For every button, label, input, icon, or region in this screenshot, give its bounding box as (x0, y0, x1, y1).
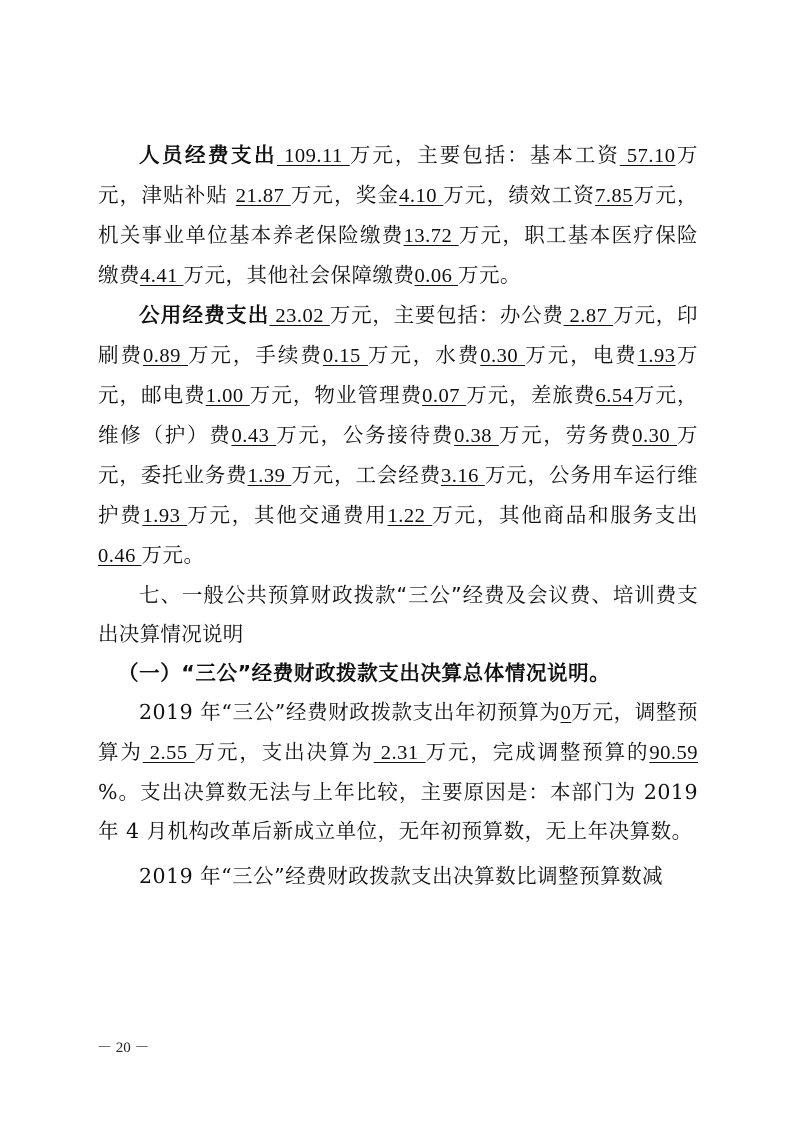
personnel-total: 109.11 (277, 145, 350, 167)
bonus-value: 4.10 (399, 185, 443, 207)
personnel-expense-paragraph: 人员经费支出 109.11 万元，主要包括：基本工资 57.10万元，津贴补贴 … (98, 136, 698, 296)
labor-value: 0.30 (632, 425, 677, 447)
travel-value: 6.54 (595, 385, 633, 407)
adjusted-budget-value: 2.55 (143, 742, 195, 764)
other-social-value: 0.06 (415, 265, 459, 287)
property-value: 0.07 (422, 385, 466, 407)
printing-value: 0.89 (143, 345, 188, 367)
water-value: 0.30 (480, 345, 525, 367)
other-goods-value: 0.46 (98, 545, 142, 567)
page-number: － 20 － (97, 1036, 150, 1057)
public-expense-title: 公用经费支出 (139, 303, 270, 327)
office-value: 2.87 (564, 305, 614, 327)
reception-value: 0.38 (454, 425, 499, 447)
maintenance-value: 0.43 (231, 425, 276, 447)
document-page: 人员经费支出 109.11 万元，主要包括：基本工资 57.10万元，津贴补贴 … (98, 136, 698, 896)
electricity-value: 1.93 (638, 345, 676, 367)
comparison-paragraph: 2019 年“三公”经费财政拨款支出决算数比调整预算数减 (98, 857, 698, 896)
other-transport-value: 1.22 (388, 505, 433, 527)
section-heading: 七、一般公共预算财政拨款“三公”经费及会议费、培训费支出决算情况说明 (98, 576, 698, 654)
medical-value: 4.41 (140, 265, 184, 287)
initial-budget-value: 0 (561, 702, 572, 724)
commission-value: 1.39 (248, 465, 292, 487)
fees-value: 0.15 (323, 345, 368, 367)
three-public-summary-paragraph: 2019 年“三公”经费财政拨款支出年初预算为0万元，调整预算为 2.55 万元… (98, 693, 698, 851)
personnel-expense-title: 人员经费支出 (139, 143, 277, 167)
pension-value: 13.72 (404, 225, 459, 247)
allowance-value: 21.87 (236, 185, 291, 207)
completion-rate-value: 90.59 (649, 742, 698, 764)
vehicle-value: 1.93 (143, 505, 188, 527)
union-value: 3.16 (441, 465, 485, 487)
subsection-heading: （一）“三公”经费财政拨款支出决算总体情况说明。 (98, 654, 698, 693)
basic-salary-value: 57.10 (620, 145, 676, 167)
final-account-value: 2.31 (374, 742, 426, 764)
performance-pay-value: 7.85 (595, 185, 633, 207)
postal-value: 1.00 (206, 385, 250, 407)
public-expense-paragraph: 公用经费支出 23.02 万元，主要包括：办公费 2.87 万元，印刷费0.89… (98, 296, 698, 576)
public-total: 23.02 (270, 305, 330, 327)
